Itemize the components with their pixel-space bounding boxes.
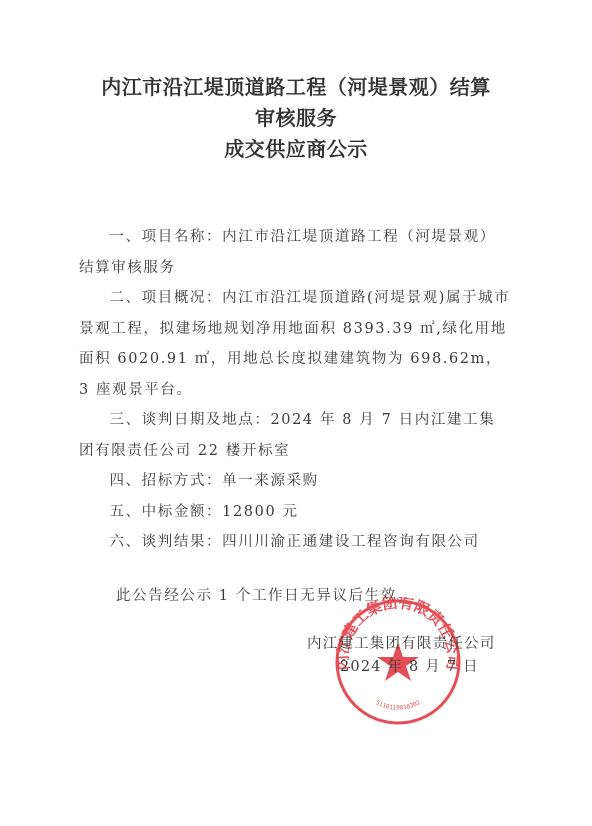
document-title: 内江市沿江堤顶道路工程（河堤景观）结算 审核服务 成交供应商公示 — [0, 72, 592, 165]
item-label: 六、谈判结果： — [109, 534, 222, 550]
title-line-1: 内江市沿江堤顶道路工程（河堤景观）结算 — [0, 72, 592, 103]
item-label: 三、谈判日期及地点： — [109, 412, 270, 428]
item-project-name: 一、项目名称：内江市沿江堤顶道路工程（河堤景观）结算审核服务 — [79, 222, 511, 283]
title-line-3: 成交供应商公示 — [0, 134, 592, 165]
item-label: 四、招标方式： — [109, 473, 222, 489]
svg-text:5110110010302: 5110110010302 — [374, 699, 421, 712]
signature-date: 2024 年 8 月 7 日 — [340, 655, 479, 676]
item-value: 12800 元 — [222, 504, 298, 520]
item-label: 五、中标金额： — [109, 504, 222, 520]
item-value: 单一来源采购 — [222, 473, 319, 489]
item-label: 二、项目概况： — [109, 290, 222, 306]
item-negotiation-date-place: 三、谈判日期及地点：2024 年 8 月 7 日内江建工集团有限责任公司 22 … — [79, 405, 511, 466]
title-line-2: 审核服务 — [0, 103, 592, 134]
signature-organization: 内江建工集团有限责任公司 — [307, 632, 495, 653]
item-project-overview: 二、项目概况：内江市沿江堤顶道路(河堤景观)属于城市景观工程，拟建场地规划净用地… — [79, 283, 511, 405]
item-value: 四川川渝正通建设工程咨询有限公司 — [222, 534, 480, 550]
item-label: 一、项目名称： — [109, 229, 222, 245]
item-bid-amount: 五、中标金额：12800 元 — [79, 497, 511, 528]
document-body: 一、项目名称：内江市沿江堤顶道路工程（河堤景观）结算审核服务 二、项目概况：内江… — [79, 222, 511, 558]
item-procurement-method: 四、招标方式：单一来源采购 — [79, 466, 511, 497]
item-value: 内江市沿江堤顶道路(河堤景观)属于城市景观工程，拟建场地规划净用地面积 8393… — [79, 290, 510, 398]
item-negotiation-result: 六、谈判结果：四川川渝正通建设工程咨询有限公司 — [79, 527, 511, 558]
